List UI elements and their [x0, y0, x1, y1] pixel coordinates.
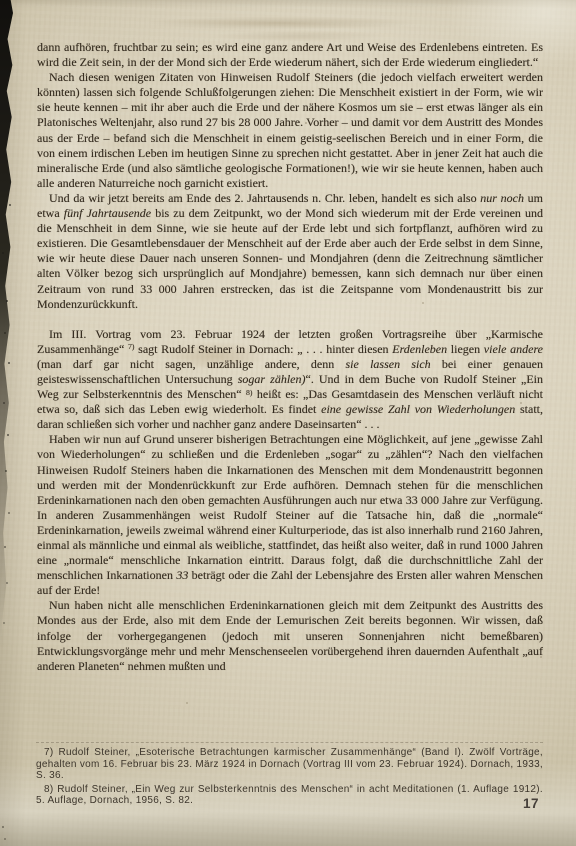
paragraph: Nun haben nicht alle menschlichen Erdeni…: [37, 598, 543, 673]
footnote-7: 7) Rudolf Steiner, „Esoterische Betracht…: [36, 747, 543, 782]
text-run: liegen: [447, 342, 484, 356]
text-run: sagt Rudolf Steiner in Dornach: „ . . . …: [134, 342, 392, 356]
text-run: viele andere: [484, 342, 543, 356]
text-run: bis zu dem Zeitpunkt, wo der Mond sich w…: [37, 206, 543, 311]
text-run: fünf Jahrtausende: [64, 206, 151, 220]
paragraph: Und da wir jetzt bereits am Ende des 2. …: [37, 191, 543, 312]
footnote-reference: 7): [128, 342, 135, 351]
page-number: 17: [523, 796, 539, 811]
text-run: Und da wir jetzt bereits am Ende des 2. …: [49, 191, 480, 205]
paragraph: Nach diesen wenigen Zitaten von Hinweise…: [37, 70, 543, 191]
text-run: Nach diesen wenigen Zitaten von Hinweise…: [37, 70, 543, 190]
main-text-block: dann aufhören, fruchtbar zu sein; es wir…: [37, 40, 543, 674]
text-run: sie lassen sich: [346, 357, 431, 371]
text-run: Erdenleben: [392, 342, 447, 356]
paragraph: dann aufhören, fruchtbar zu sein; es wir…: [37, 40, 543, 70]
footnotes-block: 7) Rudolf Steiner, „Esoterische Betracht…: [36, 742, 543, 809]
footnote-8: 8) Rudolf Steiner, „Ein Weg zur Selbster…: [36, 784, 543, 807]
text-run: Haben wir nun auf Grund unserer bisherig…: [37, 432, 543, 582]
text-run: eine gewisse Zahl von Wiederholungen: [321, 402, 515, 416]
paper-specks: [0, 0, 2, 2]
footnote-reference: 8): [246, 388, 253, 397]
scan-dark-edge: [0, 0, 13, 650]
scanned-book-page: dann aufhören, fruchtbar zu sein; es wir…: [0, 0, 576, 846]
text-run: dann aufhören, fruchtbar zu sein; es wir…: [37, 40, 543, 69]
text-run: sogar zählen): [238, 372, 306, 386]
text-run: 33: [176, 568, 188, 582]
paragraph: Haben wir nun auf Grund unserer bisherig…: [37, 432, 543, 598]
text-run: nur noch: [480, 191, 524, 205]
paragraph: Im III. Vortrag vom 23. Februar 1924 der…: [37, 327, 543, 433]
text-run: Nun haben nicht alle menschlichen Erdeni…: [37, 598, 543, 672]
text-run: (man darf gar nicht sagen, unzählige and…: [37, 357, 346, 371]
